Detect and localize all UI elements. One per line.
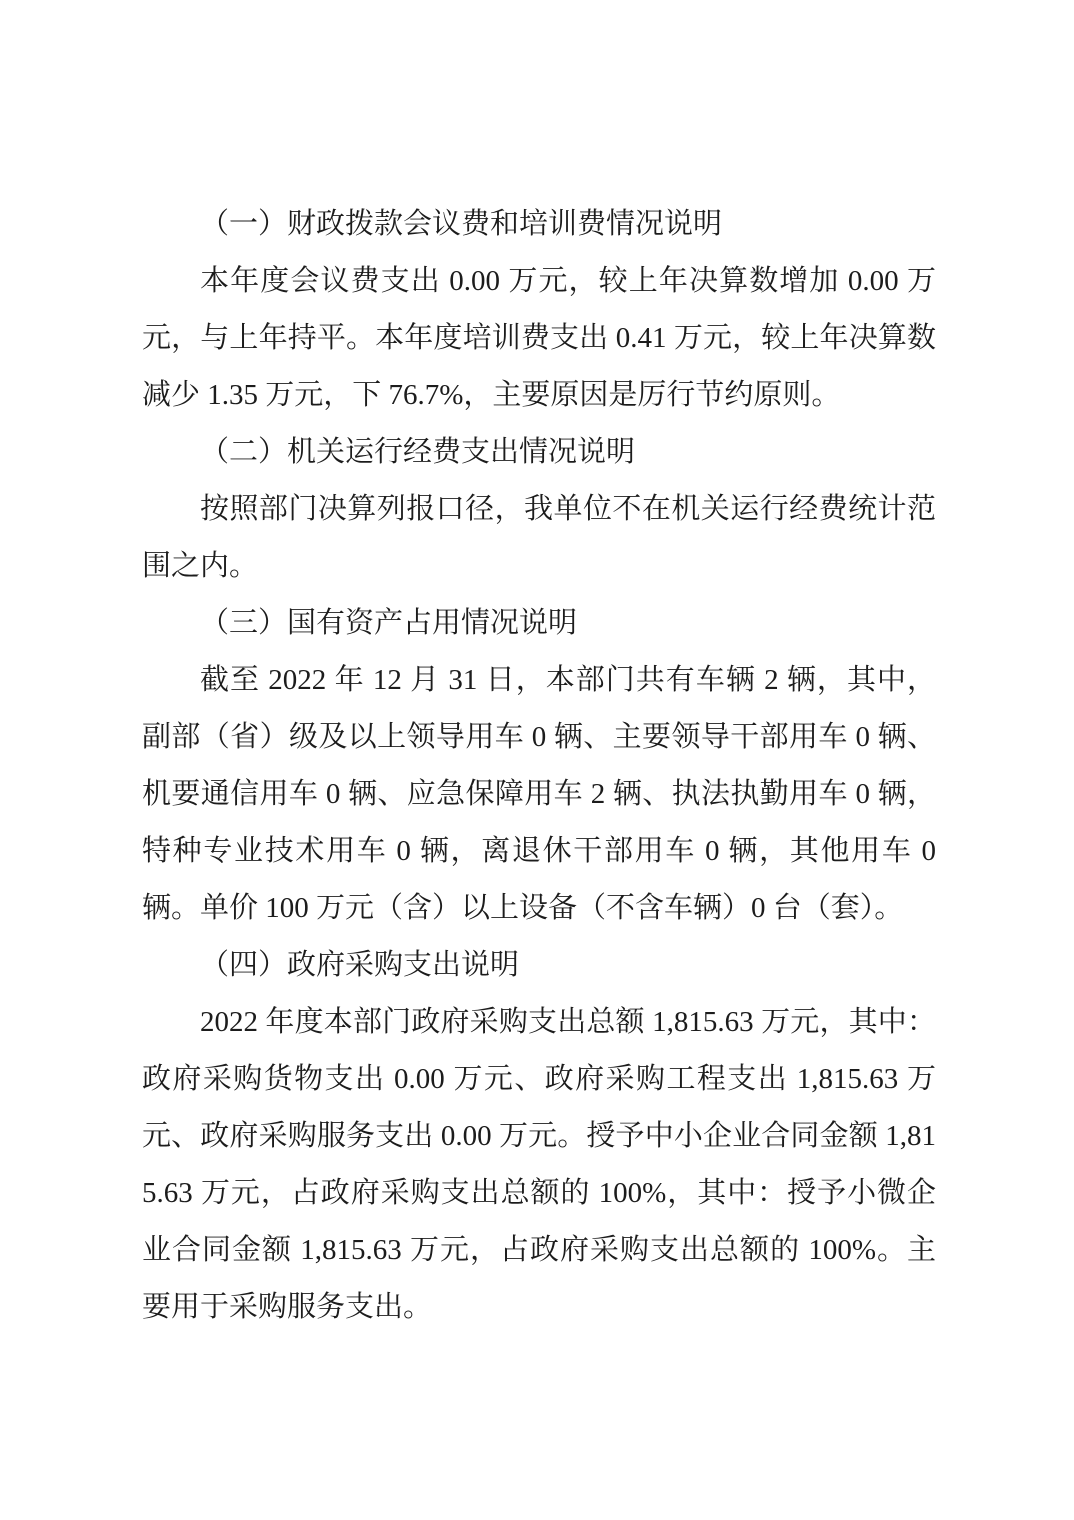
section-state-owned-assets: （三）国有资产占用情况说明 截至 2022 年 12 月 31 日，本部门共有车… <box>142 595 936 937</box>
section-heading: （三）国有资产占用情况说明 <box>142 595 936 652</box>
section-heading: （二）机关运行经费支出情况说明 <box>142 424 936 481</box>
section-heading: （四）政府采购支出说明 <box>142 937 936 994</box>
section-heading: （一）财政拨款会议费和培训费情况说明 <box>142 196 936 253</box>
section-paragraph: 本年度会议费支出 0.00 万元，较上年决算数增加 0.00 万元，与上年持平。… <box>142 253 936 424</box>
document-page: （一）财政拨款会议费和培训费情况说明 本年度会议费支出 0.00 万元，较上年决… <box>0 0 1074 1520</box>
section-fiscal-meeting-training-fees: （一）财政拨款会议费和培训费情况说明 本年度会议费支出 0.00 万元，较上年决… <box>142 196 936 424</box>
section-paragraph: 截至 2022 年 12 月 31 日，本部门共有车辆 2 辆，其中，副部（省）… <box>142 652 936 937</box>
section-agency-operating-expenses: （二）机关运行经费支出情况说明 按照部门决算列报口径，我单位不在机关运行经费统计… <box>142 424 936 595</box>
document-body: （一）财政拨款会议费和培训费情况说明 本年度会议费支出 0.00 万元，较上年决… <box>142 196 936 1336</box>
section-government-procurement: （四）政府采购支出说明 2022 年度本部门政府采购支出总额 1,815.63 … <box>142 937 936 1336</box>
section-paragraph: 2022 年度本部门政府采购支出总额 1,815.63 万元，其中：政府采购货物… <box>142 994 936 1336</box>
section-paragraph: 按照部门决算列报口径，我单位不在机关运行经费统计范围之内。 <box>142 481 936 595</box>
